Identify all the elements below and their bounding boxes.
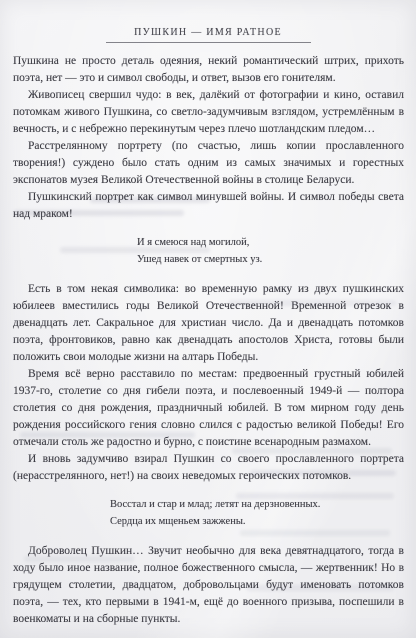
paragraph-8: Доброволец Пушкин… Звучит необычно для в… [13,543,404,628]
paragraph-7: И вновь задумчиво взирал Пушкин со своег… [13,451,404,485]
running-head-title: ПУШКИН — ИМЯ РАТНОЕ [0,0,416,38]
paragraph-5: Есть в том некая символика: во временную… [13,281,404,366]
verse-line: Сердца их мщеньем зажжены. [110,514,404,531]
verse-line: Ушед навек от смертных уз. [137,252,404,269]
paragraph-3: Расстрелянному портрету (по счастью, лиш… [13,138,404,189]
paragraph-4: Пушкинский портрет как символ минувшей в… [13,189,404,223]
page-header: ПУШКИН — ИМЯ РАТНОЕ [0,0,416,43]
verse-quote-1: И я смеюся над могилой, Ушед навек от см… [137,235,404,268]
verse-line: И я смеюся над могилой, [137,235,404,252]
paragraph-1: Пушкина не просто деталь одеяния, некий … [13,53,404,87]
verse-quote-2: Восстал и стар и млад; летят на дерзнове… [110,497,404,530]
header-rule [106,42,311,43]
verse-line: Восстал и стар и млад; летят на дерзнове… [110,497,404,514]
paragraph-2: Живописец свершил чудо: в век, далёкий о… [13,87,404,138]
book-page: ПУШКИН — ИМЯ РАТНОЕ Пушкина не просто де… [0,0,416,638]
paragraph-6: Время всё верно расставило по местам: пр… [13,366,404,451]
page-text: Пушкина не просто деталь одеяния, некий … [13,53,404,628]
